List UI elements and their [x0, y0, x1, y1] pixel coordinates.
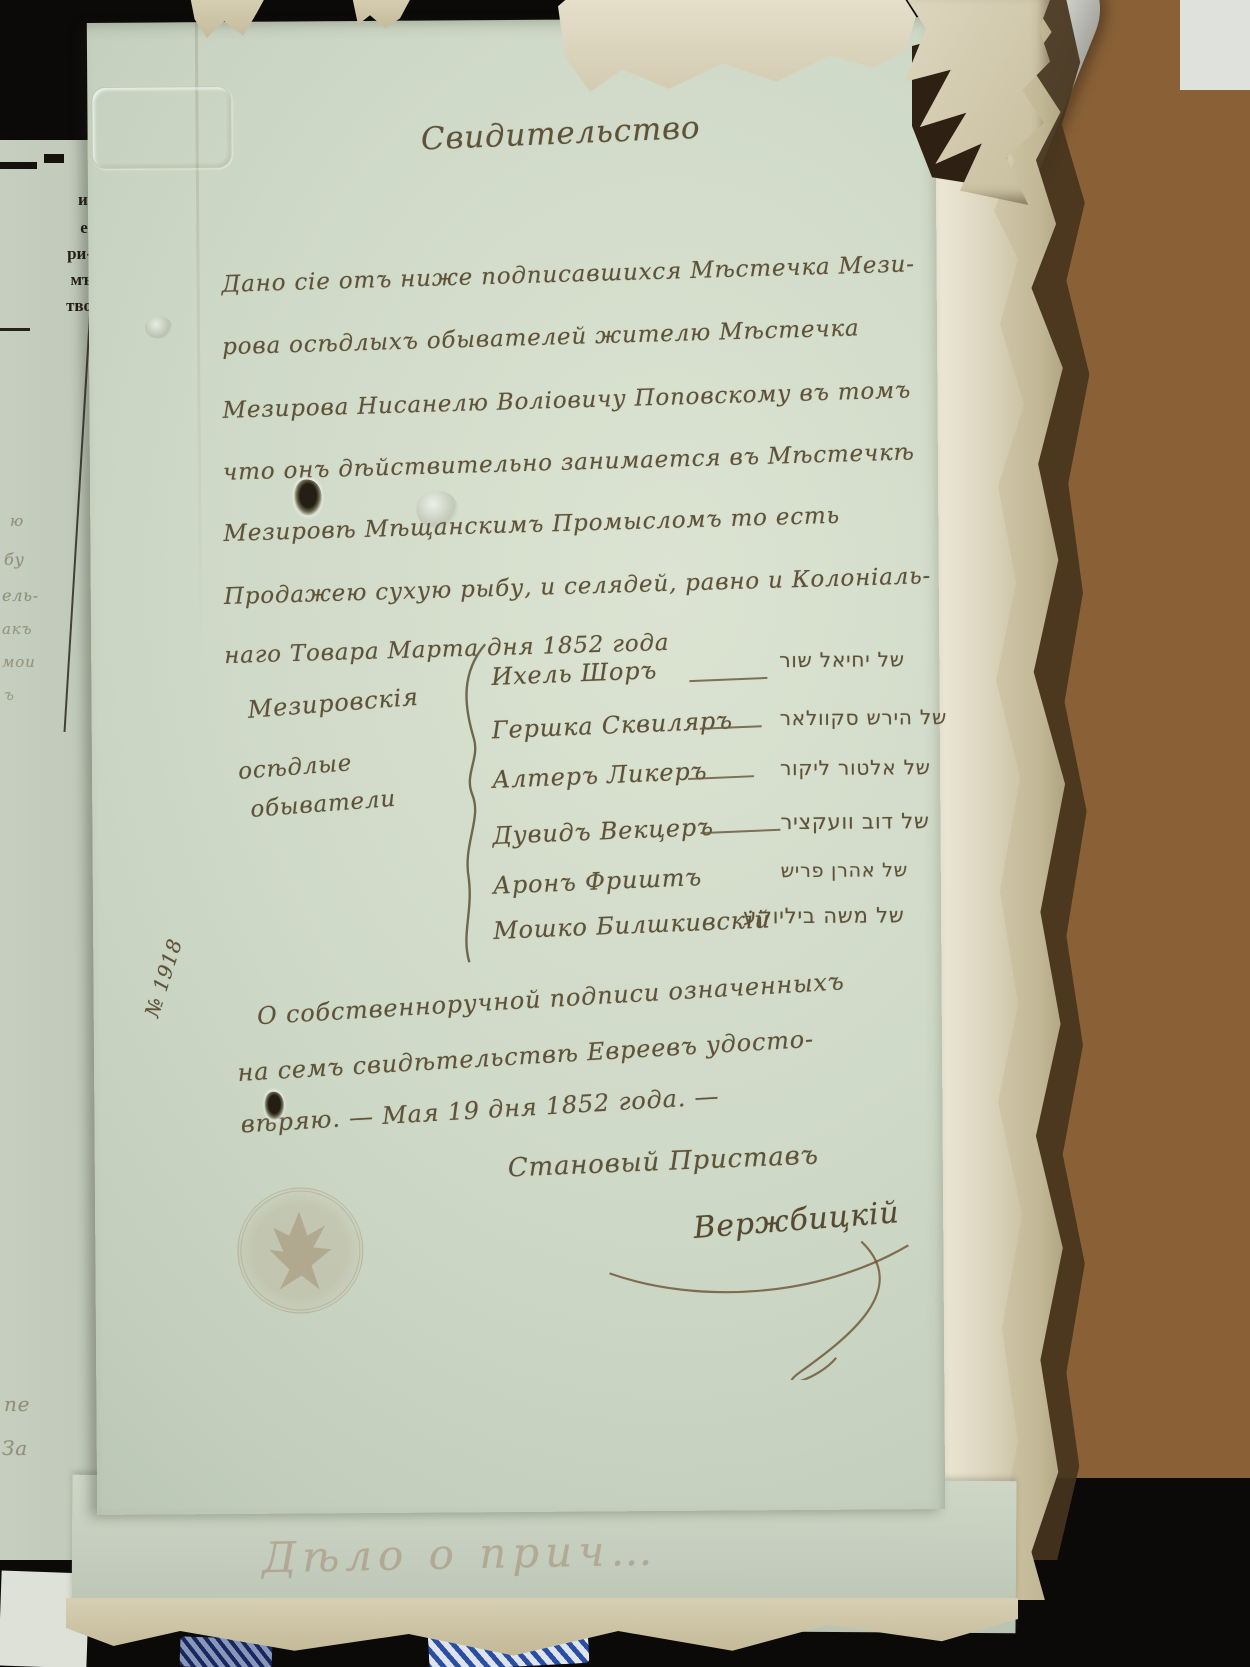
paper-hole: [294, 479, 322, 515]
handwriting-fragment: ю: [10, 512, 24, 530]
signer-name: Мошко Билшкивскій: [493, 905, 771, 945]
document-title: Свидительство: [410, 109, 711, 158]
signer-hebrew-signature: של אלטור ליקור: [780, 755, 955, 780]
handwriting-fragment: За: [2, 1436, 28, 1460]
margin-number: № 1918: [140, 935, 187, 1019]
handwriting-fragment: бу: [4, 550, 25, 569]
printed-rule: [0, 162, 37, 169]
signers-label-line: Мезировскія: [247, 683, 420, 724]
closing-line: О собственноручной подписи означенныхъ: [256, 967, 845, 1030]
paper-hole: [264, 1092, 284, 1120]
handwriting-fragment: мои: [2, 653, 36, 671]
signer-name: Алтеръ Ликеръ: [492, 757, 708, 794]
handwriting-fragment: ъ: [4, 686, 15, 704]
signer-name: Гершка Сквиляръ: [491, 706, 733, 744]
printed-fragment: е.: [0, 218, 92, 238]
signer-name: Дувидъ Векцеръ: [492, 813, 714, 850]
handwriting-fragment: ель-: [2, 586, 39, 605]
handwriting-fragment: акъ: [2, 620, 32, 638]
printed-fragment: и.: [0, 190, 92, 210]
printed-fragment: тво: [0, 296, 92, 316]
signer-hebrew-signature: של יחיאל שור: [779, 647, 954, 672]
paper-dent: [145, 316, 173, 338]
official-title-line: Становый Приставъ: [507, 1140, 819, 1183]
faded-docket-text: Дѣло о прич…: [262, 1526, 659, 1583]
printed-rule: [0, 328, 30, 331]
printed-rule: [44, 154, 64, 163]
signer-name: Ихель Шоръ: [491, 656, 658, 691]
signers-label-line: осѣдлые: [237, 750, 353, 785]
signer-hebrew-signature: של משה ביליוקע: [743, 903, 918, 928]
signature-flourish: [603, 1229, 944, 1381]
printed-fragment: мъ: [0, 270, 92, 290]
eagle-emblem-icon: [259, 1205, 342, 1296]
paper-dent: [416, 490, 458, 528]
embossed-stamp: [91, 86, 232, 169]
body-line: Продажею сухую рыбу, и селядей, равно и …: [224, 563, 932, 610]
dash-mark: [689, 677, 767, 682]
body-line: рова осѣдлыхъ обывателей жителю Мѣстечка: [222, 315, 860, 360]
closing-line: на семъ свидѣтельствѣ Евреевъ удосто-: [237, 1025, 815, 1087]
signer-hebrew-signature: של דוב וועקציר: [780, 809, 955, 834]
body-line: Дано сіе отъ ниже подписавшихся Мѣстечка…: [221, 251, 915, 298]
printed-fragment: ри-: [0, 244, 92, 264]
background-wall: [1180, 0, 1250, 90]
signer-hebrew-signature: של אהרן פריש: [781, 859, 956, 882]
certificate-page: Свидительство Дано сіе отъ ниже подписав…: [87, 17, 945, 1515]
signers-label-line: обыватели: [249, 786, 396, 823]
signer-hebrew-signature: של הירש סקוולאר: [780, 705, 955, 730]
handwriting-fragment: пе: [4, 1392, 30, 1416]
body-line: Мезирова Нисанелю Воліовичу Поповскому в…: [222, 377, 911, 423]
ink-stamp: [237, 1187, 364, 1314]
body-line: что онъ дѣйствительно занимается въ Мѣст…: [223, 439, 915, 486]
archival-photo: и. е. ри- мъ тво ю бу ель- акъ мои ъ пе …: [0, 0, 1250, 1667]
closing-line: вѣряю. — Мая 19 дня 1852 года. —: [240, 1082, 720, 1138]
signer-name: Аронъ Фриштъ: [492, 863, 702, 900]
